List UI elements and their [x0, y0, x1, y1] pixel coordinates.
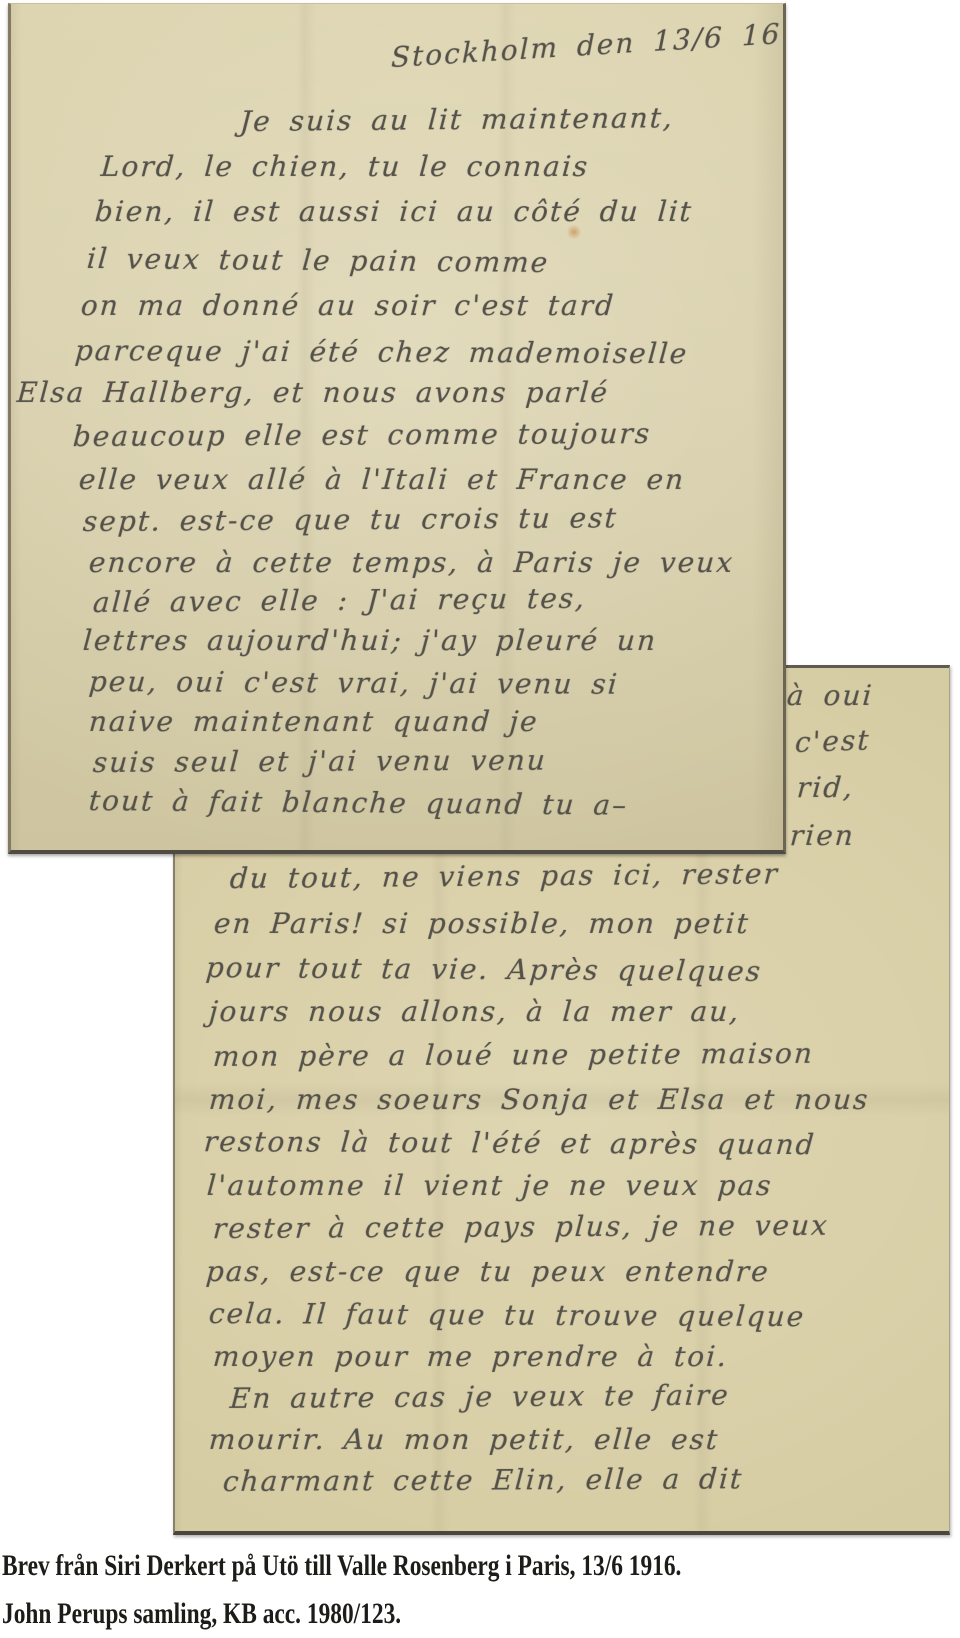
handwriting-line: mourir. Au mon petit, elle est: [208, 1422, 721, 1457]
handwriting-line-fragment: rien: [789, 818, 856, 853]
caption-line-2: John Perups samling, KB acc. 1980/123.: [2, 1597, 401, 1631]
letter-page-1: Stockholm den 13/6 16 Je suis au lit mai…: [8, 3, 786, 854]
handwriting-line: elle veux allé à l'Itali et France en: [78, 462, 687, 497]
handwriting-line: parceque j'ai été chez mademoiselle: [74, 333, 690, 371]
handwriting-line: moyen pour me prendre à toi.: [212, 1339, 730, 1374]
handwriting-line: Lord, le chien, tu le connais: [100, 149, 591, 184]
handwriting-line: naive maintenant quand je: [88, 704, 540, 739]
handwriting-line-fragment: à oui: [786, 678, 875, 713]
handwriting-line: moi, mes soeurs Sonja et Elsa et nous: [208, 1082, 871, 1117]
handwriting-line: on ma donné au soir c'est tard: [80, 288, 617, 323]
handwriting-line: Elsa Hallberg, et nous avons parlé: [16, 375, 611, 410]
handwriting-line: restons là tout l'été et après quand: [203, 1124, 817, 1162]
letter-dateline: Stockholm den 13/6 16: [391, 16, 782, 75]
handwriting-line-fragment: c'est: [794, 722, 871, 760]
handwriting-line: l'automne il vient je ne veux pas: [206, 1168, 774, 1203]
document-scan-view: à oui c'est rid, rien du tout, ne viens …: [0, 0, 960, 1638]
handwriting-line: charmant cette Elin, elle a dit: [222, 1461, 745, 1499]
handwriting-line: En autre cas je veux te faire: [229, 1378, 731, 1417]
handwriting-line: mon père a loué une petite maison: [212, 1036, 815, 1074]
handwriting-line-fragment: rid,: [796, 770, 856, 805]
handwriting-line: sept. est-ce que tu crois tu est: [82, 500, 619, 539]
caption-line-1: Brev från Siri Derkert på Utö till Valle…: [2, 1549, 681, 1583]
handwriting-line: cela. Il faut que tu trouve quelque: [208, 1296, 807, 1334]
handwriting-line: jours nous allons, à la mer au,: [208, 994, 742, 1029]
handwriting-line: allé avec elle : J'ai reçu tes,: [92, 581, 587, 620]
handwriting-line: lettres aujourd'hui; j'ay pleuré un: [82, 623, 659, 658]
handwriting-line: suis seul et j'ai venu venu: [92, 743, 548, 780]
handwriting-line: pour tout ta vie. Après quelques: [205, 950, 764, 989]
handwriting-line: bien, il est aussi ici au côté du lit: [94, 194, 694, 229]
handwriting-line: beaucoup elle est comme toujours: [72, 416, 653, 454]
handwriting-line: peu, oui c'est vrai, j'ai venu si: [88, 664, 620, 702]
handwriting-line: il veux tout le pain comme: [86, 241, 551, 280]
handwriting-line: Je suis au lit maintenant,: [239, 100, 675, 139]
handwriting-line: tout à fait blanche quand tu a–: [88, 783, 630, 823]
handwriting-line: en Paris! si possible, mon petit: [213, 906, 751, 941]
handwriting-line: rester à cette pays plus, je ne veux: [212, 1208, 830, 1246]
handwriting-line: pas, est-ce que tu peux entendre: [205, 1254, 771, 1289]
handwriting-line: du tout, ne viens pas ici, rester: [229, 856, 780, 896]
handwriting-line: encore à cette temps, à Paris je veux: [88, 545, 736, 580]
